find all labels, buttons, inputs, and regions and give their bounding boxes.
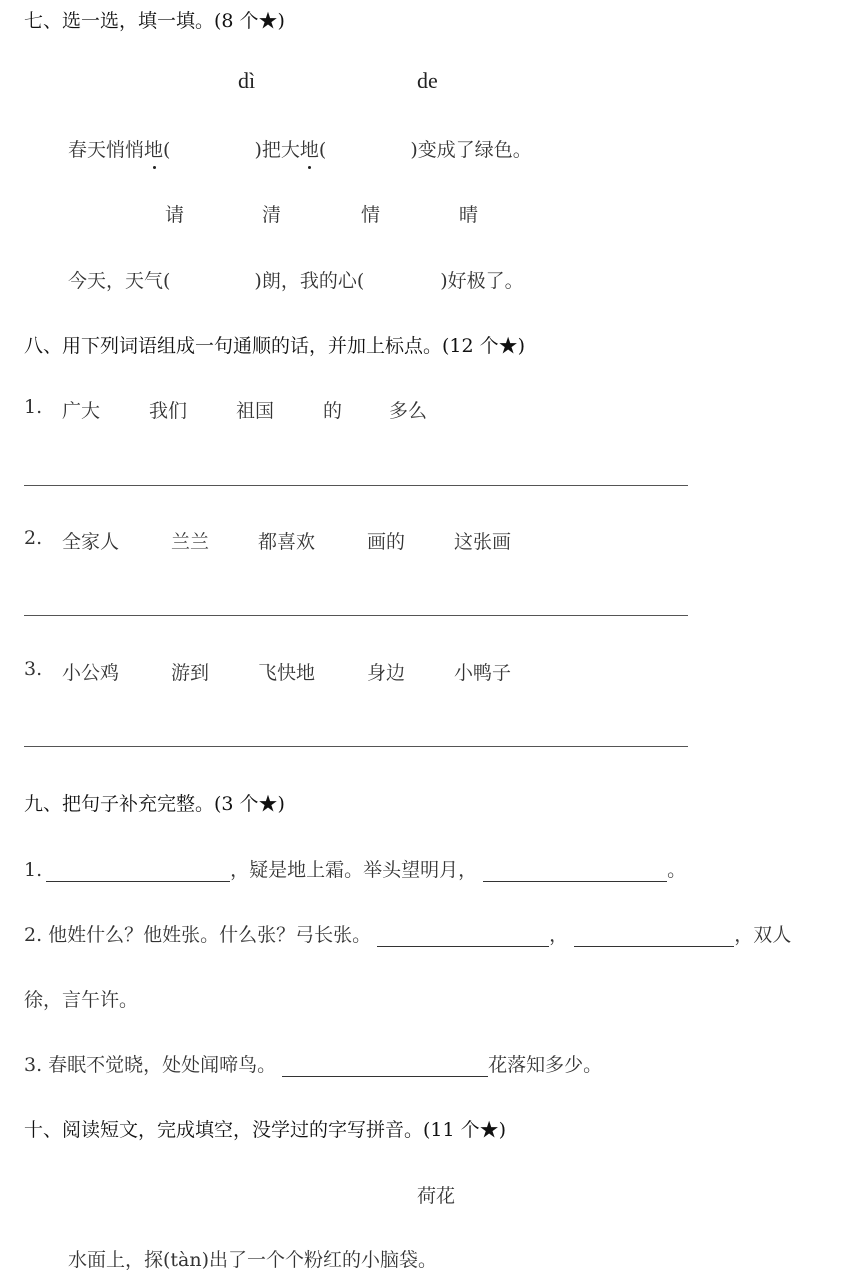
comma: ， <box>549 924 568 946</box>
word: 都喜欢 <box>258 527 315 554</box>
poem-quiet-night: 1.，疑是地上霜。举头望明月，。 <box>24 855 686 882</box>
open-paren: ( <box>163 139 170 161</box>
answer-blank-surname-1[interactable] <box>377 926 549 947</box>
word: 多么 <box>389 396 427 423</box>
sentence-text: )朗，我的心( <box>254 270 364 292</box>
answer-blank-poem-3[interactable] <box>282 1056 488 1077</box>
answer-blank-poem-2[interactable] <box>483 861 667 882</box>
answer-blank-surname-2[interactable] <box>574 926 734 947</box>
sentence-text: )变成了绿色。 <box>410 139 531 161</box>
answer-line-2[interactable] <box>24 615 688 616</box>
word: 祖国 <box>236 396 274 423</box>
sentence-text: )把大 <box>254 139 299 161</box>
item-number: 2. <box>24 527 42 549</box>
sentence-text: )好极了。 <box>440 270 523 292</box>
emphasized-char: 地 <box>300 135 319 162</box>
word: 小鸭子 <box>454 658 511 685</box>
riddle-text: 双人 <box>753 924 791 946</box>
word: 兰兰 <box>171 527 209 554</box>
word: 飞快地 <box>258 658 315 685</box>
char-option: 清 <box>262 200 281 227</box>
answer-blank-poem-1[interactable] <box>46 861 230 882</box>
word: 的 <box>323 396 342 423</box>
poem-end: 。 <box>667 859 686 881</box>
word: 身边 <box>367 658 405 685</box>
word: 画的 <box>367 527 405 554</box>
item-number: 3. <box>24 658 42 680</box>
poem-text: 花落知多少。 <box>488 1054 602 1076</box>
sentence-text: 今天，天气( <box>68 270 170 292</box>
sentence-spring: 春天悄悄地()把大地()变成了绿色。 <box>68 135 532 162</box>
sentence-text: 春天悄悄 <box>68 139 144 161</box>
poem-text: 3. 春眠不觉晓，处处闻啼鸟。 <box>24 1054 276 1076</box>
riddle-surnames: 2. 他姓什么？他姓张。什么张？弓长张。，，双人 <box>24 920 791 947</box>
passage-line: 水面上，探(tàn)出了一个个粉红的小脑袋。 <box>68 1245 437 1270</box>
section-9-title: 九、把句子补充完整。(3 个★) <box>24 789 285 816</box>
section-10-title: 十、阅读短文，完成填空，没学过的字写拼音。(11 个★) <box>24 1115 506 1142</box>
passage-title: 荷花 <box>417 1181 455 1208</box>
emphasized-char: 地 <box>144 135 163 162</box>
riddle-continuation: 徐，言午许。 <box>24 985 138 1012</box>
char-option: 请 <box>165 200 184 227</box>
word: 游到 <box>171 658 209 685</box>
word: 小公鸡 <box>62 658 119 685</box>
answer-line-1[interactable] <box>24 485 688 486</box>
item-number: 1. <box>24 396 42 418</box>
open-paren: ( <box>319 139 326 161</box>
poem-spring-dawn: 3. 春眠不觉晓，处处闻啼鸟。花落知多少。 <box>24 1050 602 1077</box>
word: 这张画 <box>454 527 511 554</box>
char-option: 情 <box>361 200 380 227</box>
pinyin-option-di: dì <box>238 68 255 94</box>
word: 全家人 <box>62 527 119 554</box>
pinyin-option-de: de <box>417 68 438 94</box>
word: 我们 <box>149 396 187 423</box>
answer-line-3[interactable] <box>24 746 688 747</box>
word: 广大 <box>62 396 100 423</box>
item-number: 1. <box>24 859 42 881</box>
char-option: 晴 <box>459 200 478 227</box>
riddle-text: 2. 他姓什么？他姓张。什么张？弓长张。 <box>24 924 371 946</box>
section-8-title: 八、用下列词语组成一句通顺的话，并加上标点。(12 个★) <box>24 331 525 358</box>
section-7-title: 七、选一选，填一填。(8 个★) <box>24 6 285 33</box>
poem-text: ，疑是地上霜。举头望明月， <box>230 859 477 881</box>
comma: ， <box>734 924 753 946</box>
sentence-weather: 今天，天气()朗，我的心()好极了。 <box>68 266 524 293</box>
